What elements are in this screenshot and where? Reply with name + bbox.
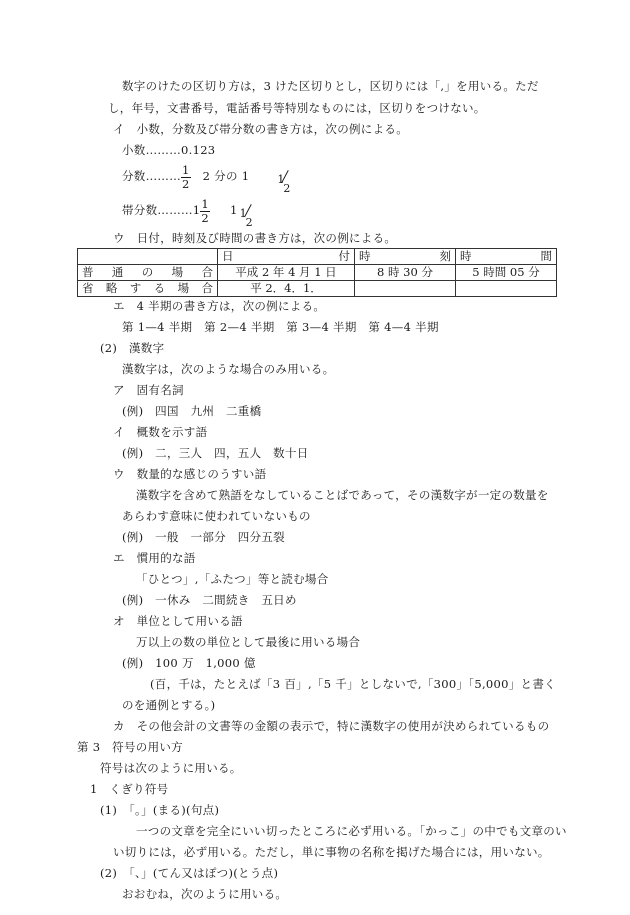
intro-line-1: 数字のけたの区切り方は，3 けた区切りとし，区切りには「,」を用いる。ただ <box>122 78 539 94</box>
slash-fraction: 12 <box>238 200 256 222</box>
row-label: 普通の場合 <box>78 265 218 281</box>
header-cell-date: 日付 <box>218 249 355 265</box>
mixed-fraction-example: 帯分数………112 112 <box>122 196 256 224</box>
table-header-row: 日付 時刻 時間 <box>78 249 557 265</box>
header-cell-time: 時刻 <box>355 249 456 265</box>
item-e2-example: (例) 一休み 二間続き 五日め <box>122 592 297 608</box>
item-e2-body: 「ひとつ」,「ふたつ」等と読む場合 <box>136 571 329 587</box>
cell-date: 平 2．4．1． <box>218 281 355 297</box>
item-ka-heading: カ その他会計の文書等の金額の表示で，特に漢数字の使用が決められているもの <box>113 718 549 734</box>
item-o-heading: オ 単位として用いる語 <box>113 613 243 629</box>
item-u2-body-1: 漢数字を含めて熟語をなしていることばであって，その漢数字が一定の数量を <box>136 487 549 503</box>
item-o-note-2: のを通例とする。) <box>122 697 215 713</box>
subsection-1-heading: 1 くぎり符号 <box>90 781 168 797</box>
item-i-heading: イ 小数，分数及び帯分数の書き方は，次の例による。 <box>113 121 408 137</box>
cell-duration: 5 時間 05 分 <box>456 265 557 281</box>
item-a-heading: ア 固有名詞 <box>113 382 184 398</box>
item-u2-example: (例) 一般 一部分 四分五裂 <box>122 529 285 545</box>
item-e2-heading: エ 慣用的な語 <box>113 550 196 566</box>
section-2-heading: (2) 漢数字 <box>100 340 164 356</box>
cell-time: 8 時 30 分 <box>355 265 456 281</box>
punct-2-heading: (2) 「、」(てん又はぽつ)(とう点) <box>100 865 278 881</box>
quarter-examples: 第 1—4 半期 第 2—4 半期 第 3—4 半期 第 4—4 半期 <box>122 319 439 335</box>
item-u-heading: ウ 日付，時刻及び時間の書き方は，次の例による。 <box>113 230 396 246</box>
fraction-example: 分数………12 2 分の 1 12 <box>122 162 293 190</box>
punct-1-heading: (1) 「。」(まる)(句点) <box>100 802 219 818</box>
header-cell-duration: 時間 <box>456 249 557 265</box>
punct-2-body: おおむね，次のように用いる。 <box>122 886 287 902</box>
mixed-whole: 1 <box>230 203 238 217</box>
item-a-example: (例) 四国 九州 二重橋 <box>122 403 261 419</box>
row-label: 省略する場合 <box>78 281 218 297</box>
date-time-table: 日付 時刻 時間 普通の場合 平成 2 年 4 月 1 日 8 時 30 分 5… <box>77 248 557 297</box>
header-cell-empty <box>78 249 218 265</box>
item-i2-example: (例) 二，三人 四，五人 数十日 <box>122 445 309 461</box>
stacked-fraction: 12 <box>200 198 210 225</box>
table-row: 普通の場合 平成 2 年 4 月 1 日 8 時 30 分 5 時間 05 分 <box>78 265 557 281</box>
section-2-intro: 漢数字は，次のような場合のみ用いる。 <box>122 361 334 377</box>
fraction-text: 2 分の 1 <box>203 169 250 183</box>
item-u2-body-2: あらわす意味に使われていないもの <box>122 508 311 524</box>
slash-fraction: 12 <box>275 166 293 188</box>
mixed-label: 帯分数………1 <box>122 203 200 217</box>
intro-line-2: し，年号，文書番号，電話番号等特別なものには，区切りをつけない。 <box>108 100 486 116</box>
item-e-heading: エ 4 半期の書き方は，次の例による。 <box>113 298 325 314</box>
table-row: 省略する場合 平 2．4．1． <box>78 281 557 297</box>
decimal-example: 小数………0.123 <box>122 142 215 158</box>
stacked-fraction: 12 <box>181 164 191 191</box>
item-o-body: 万以上の数の単位として最後に用いる場合 <box>136 634 360 650</box>
cell-duration <box>456 281 557 297</box>
punct-1-body-1: 一つの文章を完全にいい切ったところに必ず用いる。「かっこ」の中でも文章のい <box>136 823 567 839</box>
item-i2-heading: イ 概数を示す語 <box>113 424 207 440</box>
section-3-heading: 第 3 符号の用い方 <box>77 739 183 755</box>
punct-1-body-2: い切りには，必ず用いる。ただし，単に事物の名称を掲げた場合には，用いない。 <box>113 844 550 860</box>
cell-date: 平成 2 年 4 月 1 日 <box>218 265 355 281</box>
cell-time <box>355 281 456 297</box>
item-o-note-1: (百，千は，たとえば「3 百」,「5 千」としないで,「300」「5,000」と… <box>150 676 556 692</box>
fraction-label: 分数……… <box>122 169 181 183</box>
item-u2-heading: ウ 数量的な感じのうすい語 <box>113 466 266 482</box>
item-o-example: (例) 100 万 1,000 億 <box>122 655 256 671</box>
section-3-intro: 符号は次のように用いる。 <box>100 760 242 776</box>
